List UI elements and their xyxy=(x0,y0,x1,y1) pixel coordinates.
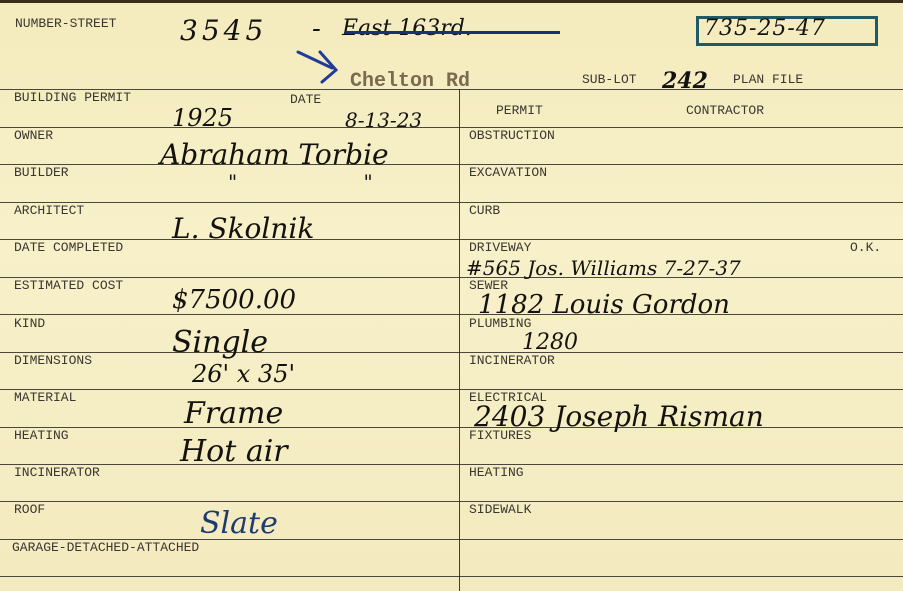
curb-label: CURB xyxy=(469,203,500,218)
estimated-cost-label: ESTIMATED COST xyxy=(14,278,123,293)
arrow-right-icon xyxy=(296,48,346,84)
sidewalk-label: SIDEWALK xyxy=(469,502,531,517)
incinerator-permit-label: INCINERATOR xyxy=(469,353,555,368)
garage-label: GARAGE-DETACHED-ATTACHED xyxy=(12,540,199,555)
plumbing-value: 1280 xyxy=(522,330,578,355)
building-permit-value: 1925 xyxy=(172,104,233,132)
builder-value: " " xyxy=(228,170,373,194)
street-separator: - xyxy=(312,14,321,44)
architect-value: L. Skolnik xyxy=(172,212,314,245)
contractor-column-header: CONTRACTOR xyxy=(686,103,764,118)
driveway-value: #565 Jos. Williams 7-27-37 xyxy=(466,256,741,280)
electrical-value: 2403 Joseph Risman xyxy=(474,400,764,433)
card-top-edge xyxy=(0,0,903,3)
roof-label: ROOF xyxy=(14,502,45,517)
stamp-number: 735-25-47 xyxy=(704,16,826,41)
material-value: Frame xyxy=(184,396,283,431)
sewer-value: 1182 Louis Gordon xyxy=(478,290,730,320)
plan-file-label: PLAN FILE xyxy=(733,72,803,87)
owner-label: OWNER xyxy=(14,128,53,143)
date-label: DATE xyxy=(290,92,321,107)
heating-value: Hot air xyxy=(180,434,288,469)
owner-value: Abraham Torbie xyxy=(160,138,389,171)
sub-lot-value: 242 xyxy=(662,68,708,94)
driveway-label: DRIVEWAY xyxy=(469,240,531,255)
roof-value: Slate xyxy=(200,506,278,541)
column-divider xyxy=(459,89,460,591)
kind-value: Single xyxy=(172,325,268,360)
house-number: 3545 xyxy=(180,14,267,47)
heating-label: HEATING xyxy=(14,428,69,443)
architect-label: ARCHITECT xyxy=(14,203,84,218)
builder-label: BUILDER xyxy=(14,165,69,180)
dimensions-value: 26' x 35' xyxy=(192,360,295,388)
excavation-label: EXCAVATION xyxy=(469,165,547,180)
material-label: MATERIAL xyxy=(14,390,76,405)
permit-column-header: PERMIT xyxy=(496,103,543,118)
obstruction-label: OBSTRUCTION xyxy=(469,128,555,143)
driveway-status: O.K. xyxy=(850,240,881,255)
incinerator-label: INCINERATOR xyxy=(14,465,100,480)
permit-card: NUMBER-STREET 3545 - East 163rd. 735-25-… xyxy=(0,0,903,591)
sub-lot-label: SUB-LOT xyxy=(582,72,637,87)
dimensions-label: DIMENSIONS xyxy=(14,353,92,368)
date-completed-label: DATE COMPLETED xyxy=(14,240,123,255)
number-street-label: NUMBER-STREET xyxy=(15,16,116,31)
kind-label: KIND xyxy=(14,316,45,331)
heating-permit-label: HEATING xyxy=(469,465,524,480)
estimated-cost-value: $7500.00 xyxy=(172,285,296,315)
date-value: 8-13-23 xyxy=(345,108,422,132)
original-street-struck: East 163rd. xyxy=(342,16,472,41)
building-permit-label: BUILDING PERMIT xyxy=(14,90,131,105)
strikethrough-line xyxy=(345,31,560,34)
